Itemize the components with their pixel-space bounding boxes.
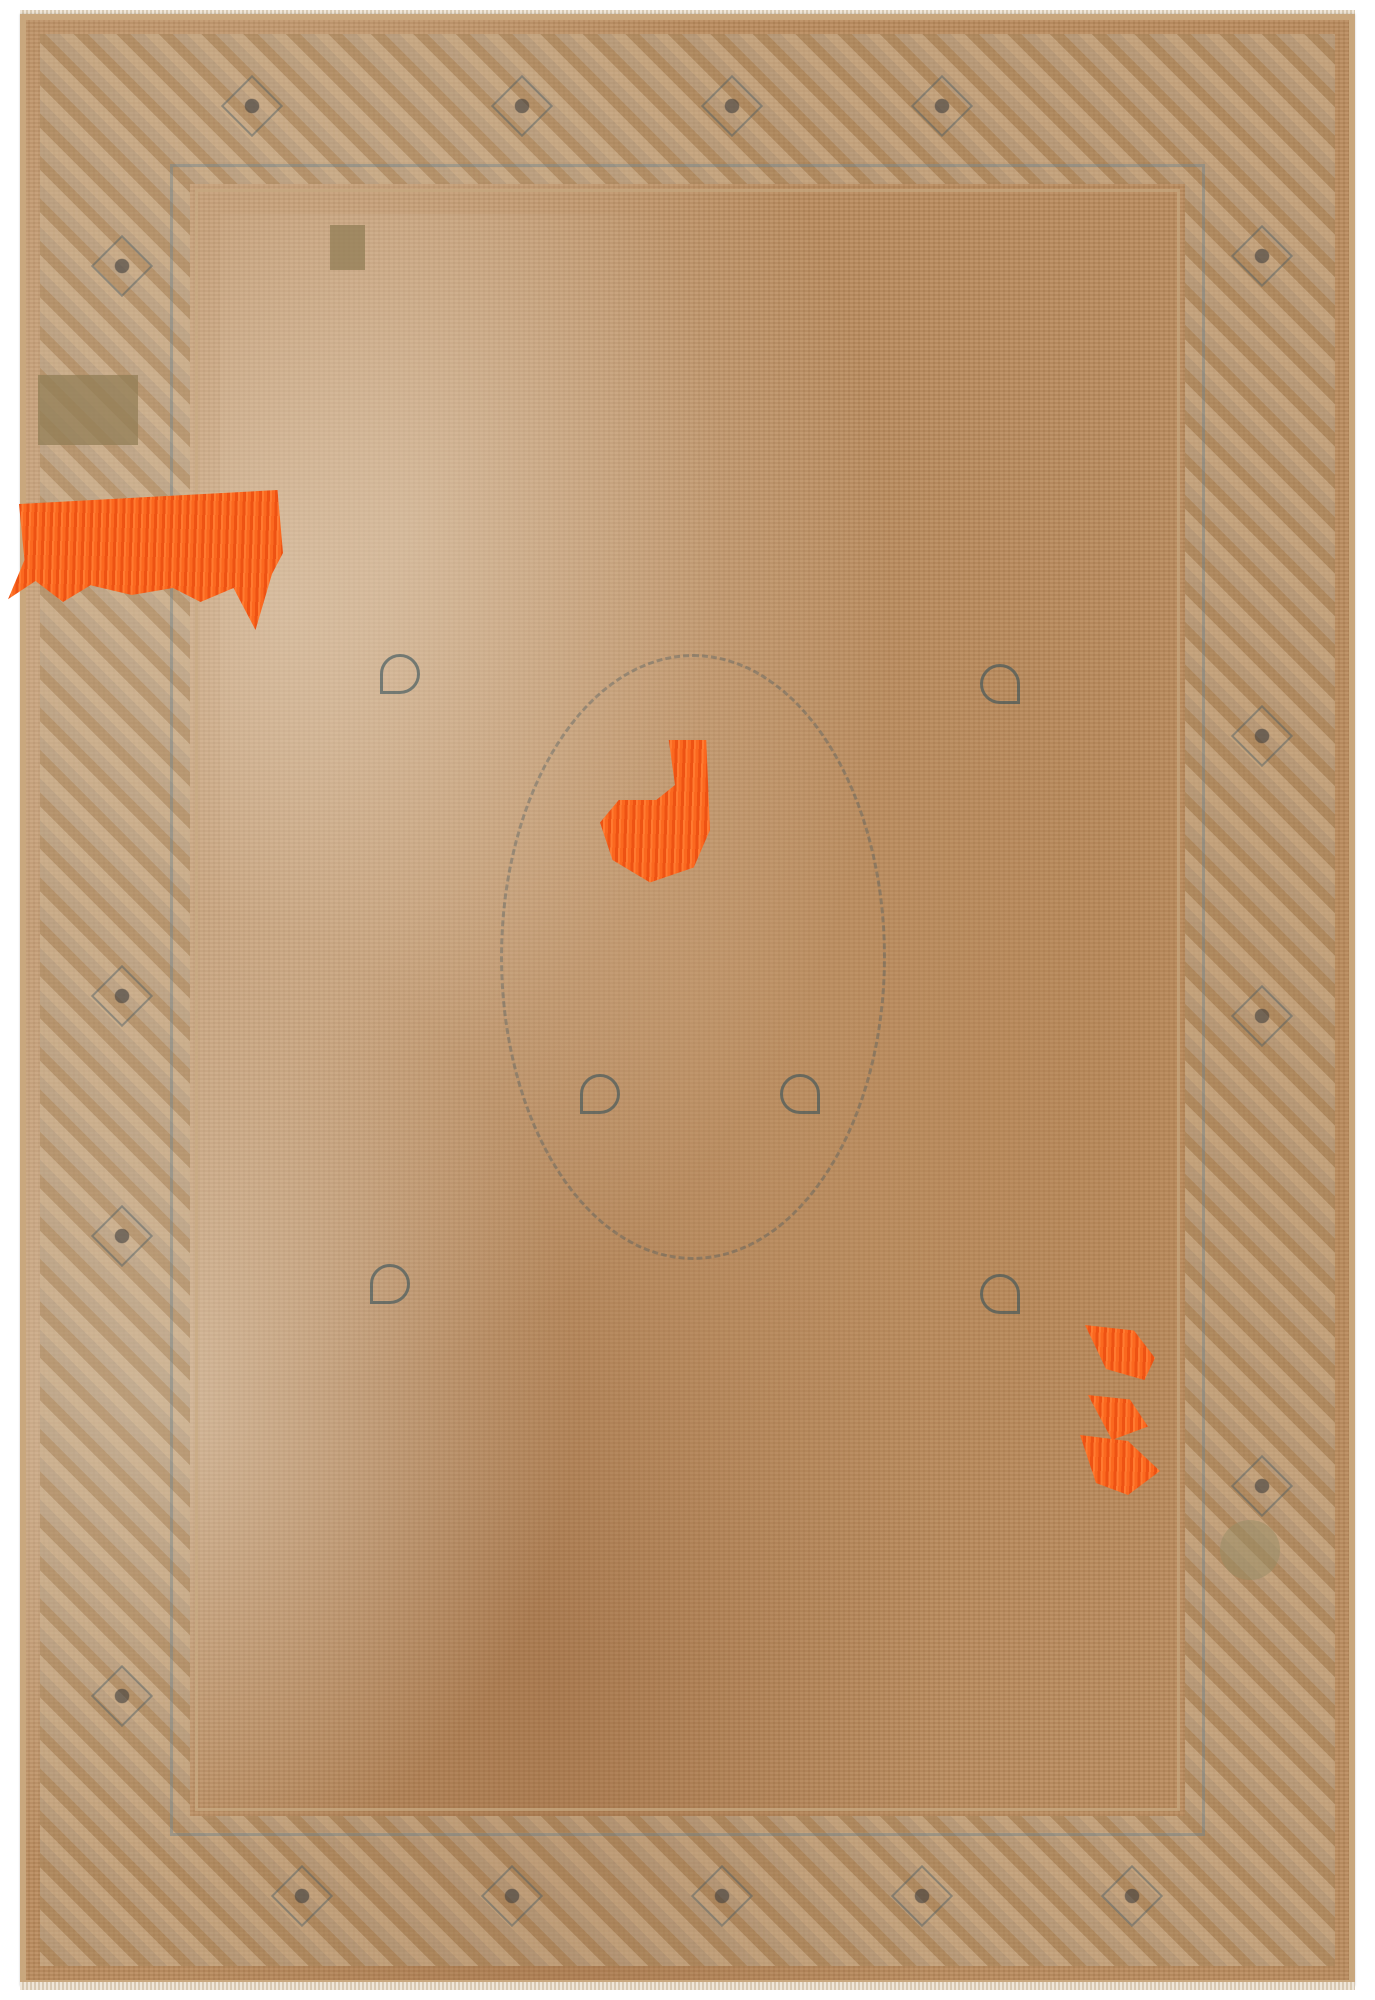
field-motif [980, 1274, 1020, 1314]
field-motif [580, 1074, 620, 1114]
field-motif [980, 664, 1020, 704]
olive-wool-patch [38, 375, 138, 445]
olive-wool-patch [330, 225, 365, 270]
faded-round-patch [1220, 1520, 1280, 1580]
rug [20, 14, 1355, 1986]
field-motif [370, 1264, 410, 1304]
field-motif [780, 1074, 820, 1114]
rug-bottom-fringe [20, 1982, 1355, 1990]
field-motif [380, 654, 420, 694]
